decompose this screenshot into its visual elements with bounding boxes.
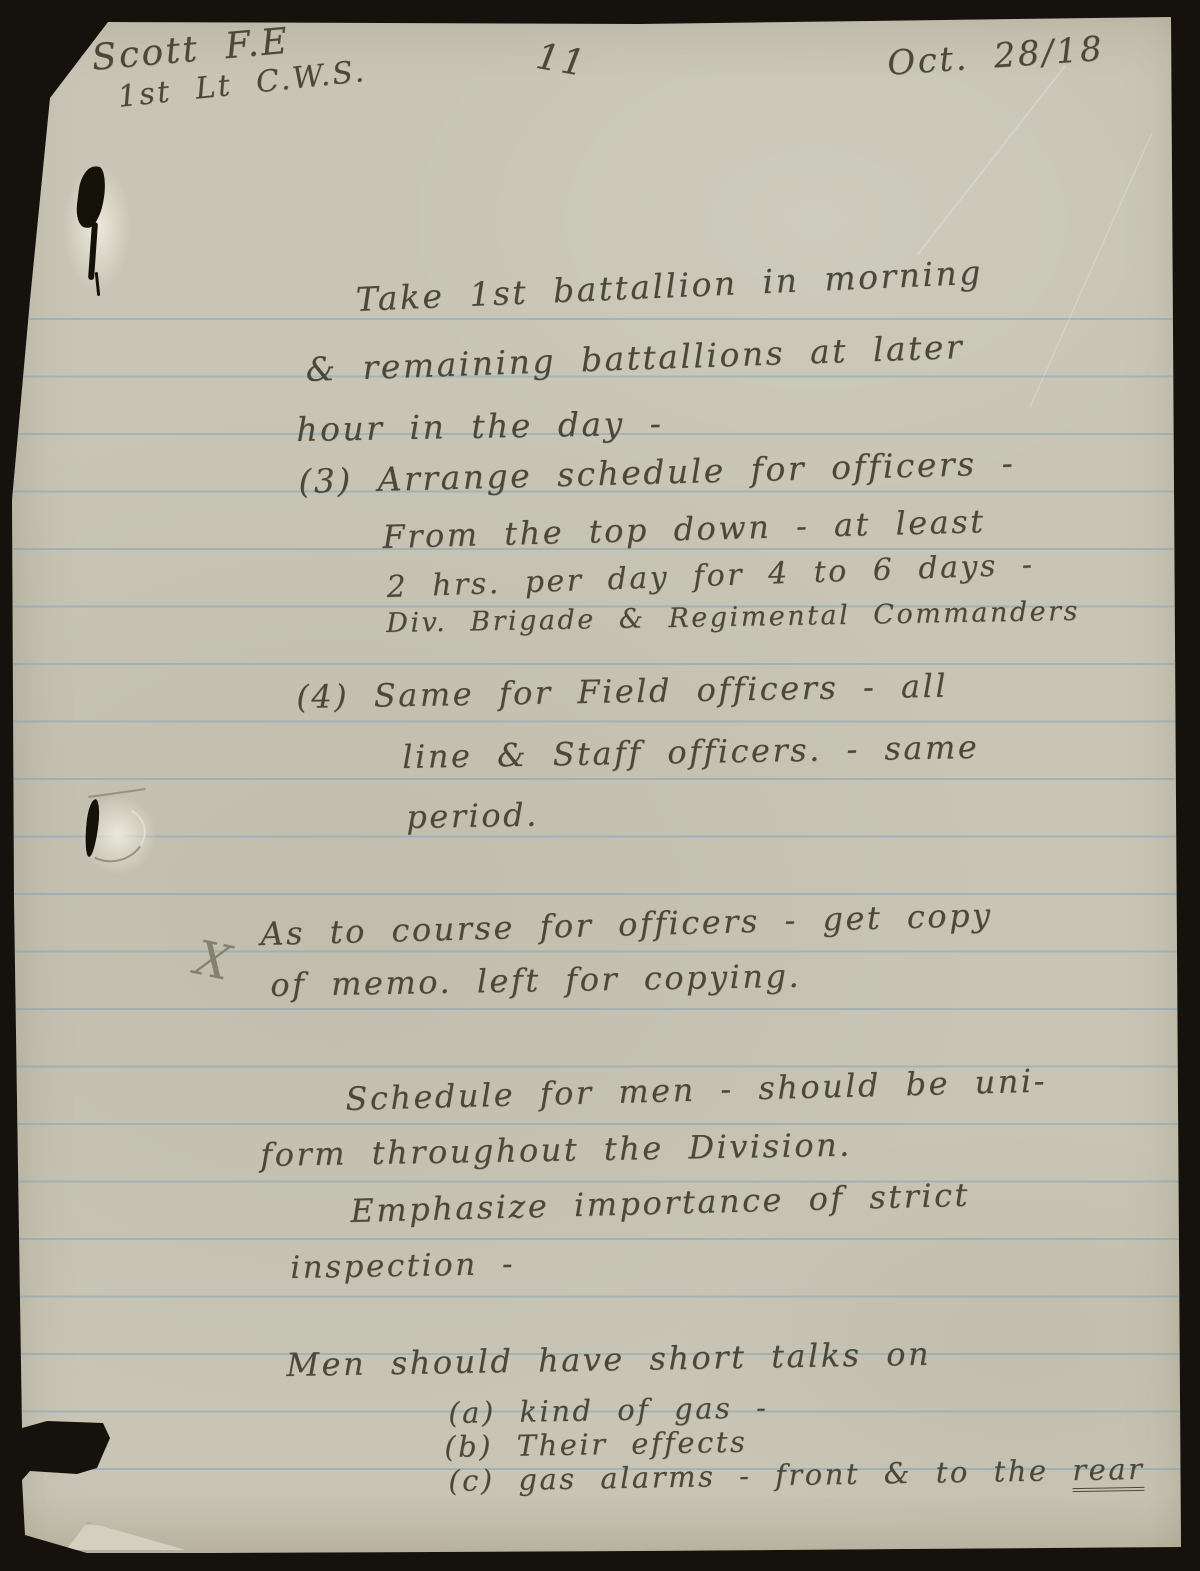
handwritten-line: inspection - bbox=[290, 1246, 515, 1286]
handwritten-line: hour in the day - bbox=[296, 404, 664, 449]
folded-corner bbox=[66, 1522, 186, 1550]
paper-sheet: Scott F.E 1st Lt C.W.S. 11 Oct. 28/18 Ta… bbox=[0, 0, 1200, 1571]
paper-crease bbox=[916, 65, 1066, 256]
scanned-page-background: Scott F.E 1st Lt C.W.S. 11 Oct. 28/18 Ta… bbox=[0, 0, 1200, 1571]
underlined-word: rear bbox=[1072, 1452, 1145, 1492]
date: Oct. 28/18 bbox=[886, 29, 1105, 84]
handwritten-sublist-item: (a) kind of gas - bbox=[448, 1390, 769, 1430]
handwritten-line: period. bbox=[406, 796, 539, 836]
handwritten-sublist-item: (b) Their effects bbox=[444, 1425, 748, 1464]
page-number: 11 bbox=[533, 36, 590, 85]
